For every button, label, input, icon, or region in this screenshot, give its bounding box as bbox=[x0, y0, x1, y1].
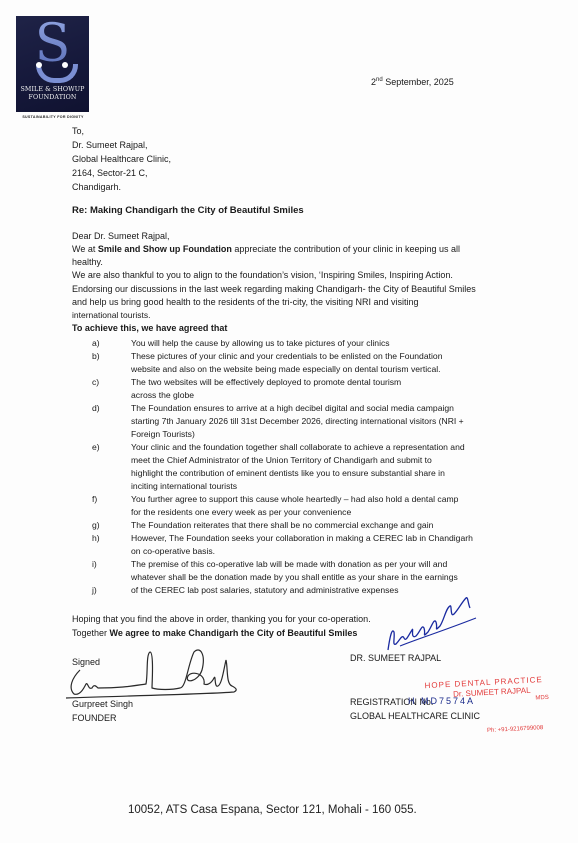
clinic-name: GLOBAL HEALTHCARE CLINIC bbox=[350, 711, 480, 721]
letter-page: S SMILE & SHOWUP FOUNDATION SUSTAINABILI… bbox=[0, 0, 578, 843]
para2-line2: Endorsing our discussions in the last we… bbox=[72, 283, 476, 296]
para1-line1: We at Smile and Show up Foundation appre… bbox=[72, 243, 460, 256]
agreement-item-text: However, The Foundation seeks your colla… bbox=[131, 532, 562, 558]
agreement-item: c)The two websites will be effectively d… bbox=[92, 376, 562, 402]
logo-letter: S bbox=[16, 18, 89, 70]
agreement-item: j)of the CEREC lab post salaries, statut… bbox=[92, 584, 562, 597]
agreement-item-line: The Foundation reiterates that there sha… bbox=[131, 519, 562, 532]
agreement-item-line: of the CEREC lab post salaries, statutor… bbox=[131, 584, 562, 597]
agreement-item-line: Foreign Tourists) bbox=[131, 428, 562, 441]
agreement-item-line: These pictures of your clinic and your c… bbox=[131, 350, 562, 363]
foundation-name: Smile and Show up Foundation bbox=[98, 244, 232, 254]
logo-name-line1: SMILE & SHOWUP bbox=[16, 86, 89, 94]
agreement-item-text: The Foundation ensures to arrive at a hi… bbox=[131, 402, 562, 441]
para1-suffix: appreciate the contribution of your clin… bbox=[232, 244, 460, 254]
to-label: To, bbox=[72, 125, 84, 138]
agreement-heading: To achieve this, we have agreed that bbox=[72, 322, 227, 335]
logo-tagline: SUSTAINABILITY FOR DIGNITY bbox=[14, 115, 92, 119]
agreement-item-text: You will help the cause by allowing us t… bbox=[131, 337, 562, 350]
recipient-city: Chandigarh. bbox=[72, 181, 121, 194]
agreement-item-label: h) bbox=[92, 532, 131, 558]
agreement-item-label: e) bbox=[92, 441, 131, 493]
logo-name-line2: FOUNDATION bbox=[16, 94, 89, 102]
agreement-item: a)You will help the cause by allowing us… bbox=[92, 337, 562, 350]
letter-subject: Re: Making Chandigarh the City of Beauti… bbox=[72, 205, 304, 218]
agreement-item-line: across the globe bbox=[131, 389, 562, 402]
agreement-item-text: The Foundation reiterates that there sha… bbox=[131, 519, 562, 532]
recipient-address: 2164, Sector-21 C, bbox=[72, 167, 148, 180]
doctor-signature bbox=[380, 588, 480, 658]
stamp-phone: Ph: +91-9216799008 bbox=[487, 723, 544, 736]
agreement-item: f)You further agree to support this caus… bbox=[92, 493, 562, 519]
agreement-item-line: for the residents one every week as per … bbox=[131, 506, 562, 519]
agreement-item: b)These pictures of your clinic and your… bbox=[92, 350, 562, 376]
agreement-item: h)However, The Foundation seeks your col… bbox=[92, 532, 562, 558]
agreement-item-text: These pictures of your clinic and your c… bbox=[131, 350, 562, 376]
agreement-item-label: b) bbox=[92, 350, 131, 376]
agreement-item-label: j) bbox=[92, 584, 131, 597]
founder-signature bbox=[62, 644, 242, 704]
para2-line1: We are also thankful to you to align to … bbox=[72, 269, 453, 282]
agreement-item: e)Your clinic and the foundation togethe… bbox=[92, 441, 562, 493]
agreement-item-text: of the CEREC lab post salaries, statutor… bbox=[131, 584, 562, 597]
agreement-item-line: meet the Chief Administrator of the Unio… bbox=[131, 454, 562, 467]
signed-label: Signed bbox=[72, 657, 100, 667]
para1-line2: healthy. bbox=[72, 256, 103, 269]
para2-line3: and help us bring good health to the res… bbox=[72, 296, 419, 309]
agreement-item-line: website and also on the website being ma… bbox=[131, 363, 562, 376]
agreement-item: i)The premise of this co-operative lab w… bbox=[92, 558, 562, 584]
letter-date: 2nd September, 2025 bbox=[371, 77, 454, 87]
founder-name: Gurpreet Singh bbox=[72, 699, 133, 709]
agreement-item-line: The premise of this co-operative lab wil… bbox=[131, 558, 562, 571]
agreement-item-text: Your clinic and the foundation together … bbox=[131, 441, 562, 493]
closing-bold: We agree to make Chandigarh the City of … bbox=[110, 628, 358, 638]
recipient-name: Dr. Sumeet Rajpal, bbox=[72, 139, 148, 152]
closing-prefix: Together bbox=[72, 628, 110, 638]
agreement-item-text: The premise of this co-operative lab wil… bbox=[131, 558, 562, 584]
agreement-item-label: a) bbox=[92, 337, 131, 350]
closing-line1: Hoping that you find the above in order,… bbox=[72, 613, 371, 626]
para2-line4: international tourists. bbox=[72, 309, 150, 322]
logo-smile-shape bbox=[36, 64, 78, 83]
date-rest: September, 2025 bbox=[383, 77, 454, 87]
agreement-item-label: g) bbox=[92, 519, 131, 532]
agreement-item-line: starting 7th January 2026 till 31st Dece… bbox=[131, 415, 562, 428]
agreement-item: d)The Foundation ensures to arrive at a … bbox=[92, 402, 562, 441]
date-suffix: nd bbox=[376, 77, 383, 83]
doctor-name: DR. SUMEET RAJPAL bbox=[350, 653, 441, 663]
agreement-item-line: on co-operative basis. bbox=[131, 545, 562, 558]
agreement-item-line: However, The Foundation seeks your colla… bbox=[131, 532, 562, 545]
logo-name: SMILE & SHOWUP FOUNDATION bbox=[16, 86, 89, 102]
agreement-item-line: The two websites will be effectively dep… bbox=[131, 376, 562, 389]
agreement-item-line: Your clinic and the foundation together … bbox=[131, 441, 562, 454]
closing-line2: Together We agree to make Chandigarh the… bbox=[72, 627, 357, 640]
recipient-clinic: Global Healthcare Clinic, bbox=[72, 153, 171, 166]
clinic-stamp: HOPE DENTAL PRACTICE Dr. SUMEET RAJPAL M… bbox=[424, 675, 549, 707]
agreement-item-line: The Foundation ensures to arrive at a hi… bbox=[131, 402, 562, 415]
agreement-item-line: inciting international tourists bbox=[131, 480, 562, 493]
agreement-item-label: i) bbox=[92, 558, 131, 584]
founder-title: FOUNDER bbox=[72, 713, 117, 723]
logo-eye-right bbox=[62, 62, 68, 68]
agreement-item-line: whatever shall be the donation made by y… bbox=[131, 571, 562, 584]
greeting: Dear Dr. Sumeet Rajpal, bbox=[72, 230, 170, 243]
agreement-item-label: f) bbox=[92, 493, 131, 519]
foundation-logo: S SMILE & SHOWUP FOUNDATION bbox=[16, 16, 89, 112]
agreement-item-line: highlight the contribution of eminent de… bbox=[131, 467, 562, 480]
agreement-item-text: The two websites will be effectively dep… bbox=[131, 376, 562, 402]
logo-eye-left bbox=[36, 62, 42, 68]
footer-address: 10052, ATS Casa Espana, Sector 121, Moha… bbox=[128, 804, 417, 816]
agreement-list: a)You will help the cause by allowing us… bbox=[92, 337, 562, 597]
agreement-item-label: d) bbox=[92, 402, 131, 441]
stamp-line3: MDS bbox=[535, 695, 549, 702]
para1-prefix: We at bbox=[72, 244, 98, 254]
agreement-item-line: You further agree to support this cause … bbox=[131, 493, 562, 506]
agreement-item-line: You will help the cause by allowing us t… bbox=[131, 337, 562, 350]
agreement-item-label: c) bbox=[92, 376, 131, 402]
agreement-item: g)The Foundation reiterates that there s… bbox=[92, 519, 562, 532]
agreement-item-text: You further agree to support this cause … bbox=[131, 493, 562, 519]
